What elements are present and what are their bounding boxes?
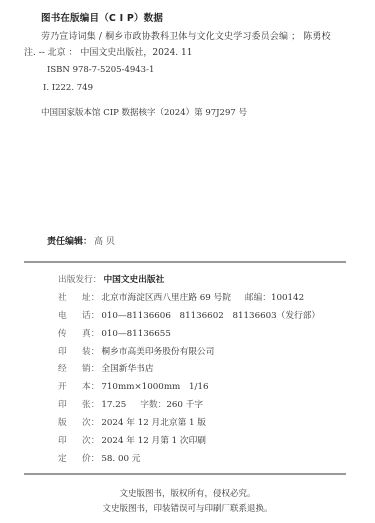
info-label: 传	[58, 328, 82, 346]
copyright-notice: 文史版图书，版权所有，侵权必究。 文史版图书，印装错误可与印刷厂联系退换。	[0, 487, 375, 517]
info-row-fax: 传真：010—81136655	[58, 328, 320, 346]
info-row-publisher: 出版发行：中国文史出版社	[58, 274, 320, 292]
info-row-distributor: 经销：全国新华书店	[58, 363, 320, 381]
editor-name: 高 贝	[94, 237, 115, 247]
cip-bibliographic-line-1: 劳乃宣诗词集 / 桐乡市政协教科卫体与文化文史学习委员会编 ； 陈勇校	[41, 31, 331, 43]
info-label: 出版发行	[58, 274, 93, 292]
copyright-page: 图书在版编目（C I P）数据 劳乃宣诗词集 / 桐乡市政协教科卫体与文化文史学…	[0, 0, 375, 523]
info-value: 58. 00 元	[101, 453, 140, 471]
info-row-price: 定价：58. 00 元	[58, 453, 320, 471]
info-label: 次	[82, 435, 91, 453]
info-value: 710mm×1000mm 1/16	[101, 381, 208, 399]
info-row-edition: 版次：2024 年 12 月北京第 1 版	[58, 417, 320, 435]
info-value: 100142	[271, 292, 304, 310]
info-label: 本	[82, 381, 91, 399]
info-label: 址	[82, 292, 91, 310]
info-label: 装	[82, 346, 91, 364]
divider-top	[24, 261, 346, 263]
info-label: 印	[58, 346, 82, 364]
info-label: 印	[58, 399, 82, 417]
publication-info: 出版发行：中国文史出版社 社址：北京市海淀区西八里庄路 69 号院邮编：1001…	[58, 274, 320, 471]
info-row-address: 社址：北京市海淀区西八里庄路 69 号院邮编：100142	[58, 292, 320, 310]
info-label: 印	[58, 435, 82, 453]
info-label: 真	[82, 328, 91, 346]
info-row-printer: 印装：桐乡市高美印务股份有限公司	[58, 346, 320, 364]
info-value: 260 千字	[166, 399, 203, 417]
responsible-editor: 责任编辑：高 贝	[47, 234, 115, 247]
info-label: 张	[82, 399, 91, 417]
info-label: 销	[82, 363, 91, 381]
copyright-line: 文史版图书，版权所有，侵权必究。	[0, 487, 375, 502]
cip-title: 图书在版编目（C I P）数据	[41, 10, 163, 24]
info-label: 邮编：	[245, 292, 271, 310]
cip-isbn: ISBN 978-7-5205-4943-1	[47, 64, 154, 76]
info-label: 开	[58, 381, 82, 399]
divider-bottom	[24, 473, 346, 475]
info-row-phone: 电话：010—81136606 81136602 81136603（发行部）	[58, 310, 320, 328]
info-value: 010—81136606 81136602 81136603（发行部）	[101, 310, 320, 328]
info-value: 010—81136655	[101, 328, 171, 346]
info-value: 桐乡市高美印务股份有限公司	[101, 346, 214, 364]
info-row-format: 开本：710mm×1000mm 1/16	[58, 381, 320, 399]
info-label: 社	[58, 292, 82, 310]
cip-bibliographic-line-2: 注. -- 北京 ： 中国文史出版社，2024. 11	[24, 47, 192, 59]
info-value: 17.25	[101, 399, 126, 417]
returns-line: 文史版图书，印装错误可与印刷厂联系退换。	[0, 502, 375, 517]
info-value: 中国文史出版社	[103, 274, 164, 292]
editor-label: 责任编辑：	[47, 237, 92, 247]
info-label: 定	[58, 453, 82, 471]
info-row-printing: 印次：2024 年 12 月第 1 次印刷	[58, 435, 320, 453]
info-value: 2024 年 12 月第 1 次印刷	[101, 435, 206, 453]
info-label: 次	[82, 417, 91, 435]
info-value: 全国新华书店	[101, 363, 153, 381]
info-value: 北京市海淀区西八里庄路 69 号院	[101, 292, 231, 310]
cip-verification-number: 中国国家版本馆 CIP 数据核字（2024）第 97J297 号	[41, 107, 247, 119]
info-label: 字数：	[140, 399, 166, 417]
info-value: 2024 年 12 月北京第 1 版	[101, 417, 206, 435]
info-label: 经	[58, 363, 82, 381]
info-label: 电	[58, 310, 82, 328]
info-label: 话	[82, 310, 91, 328]
info-label: 版	[58, 417, 82, 435]
cip-classification: Ⅰ. I222. 749	[43, 82, 93, 94]
info-row-sheets: 印张：17.25字数：260 千字	[58, 399, 320, 417]
info-label: 价	[82, 453, 91, 471]
